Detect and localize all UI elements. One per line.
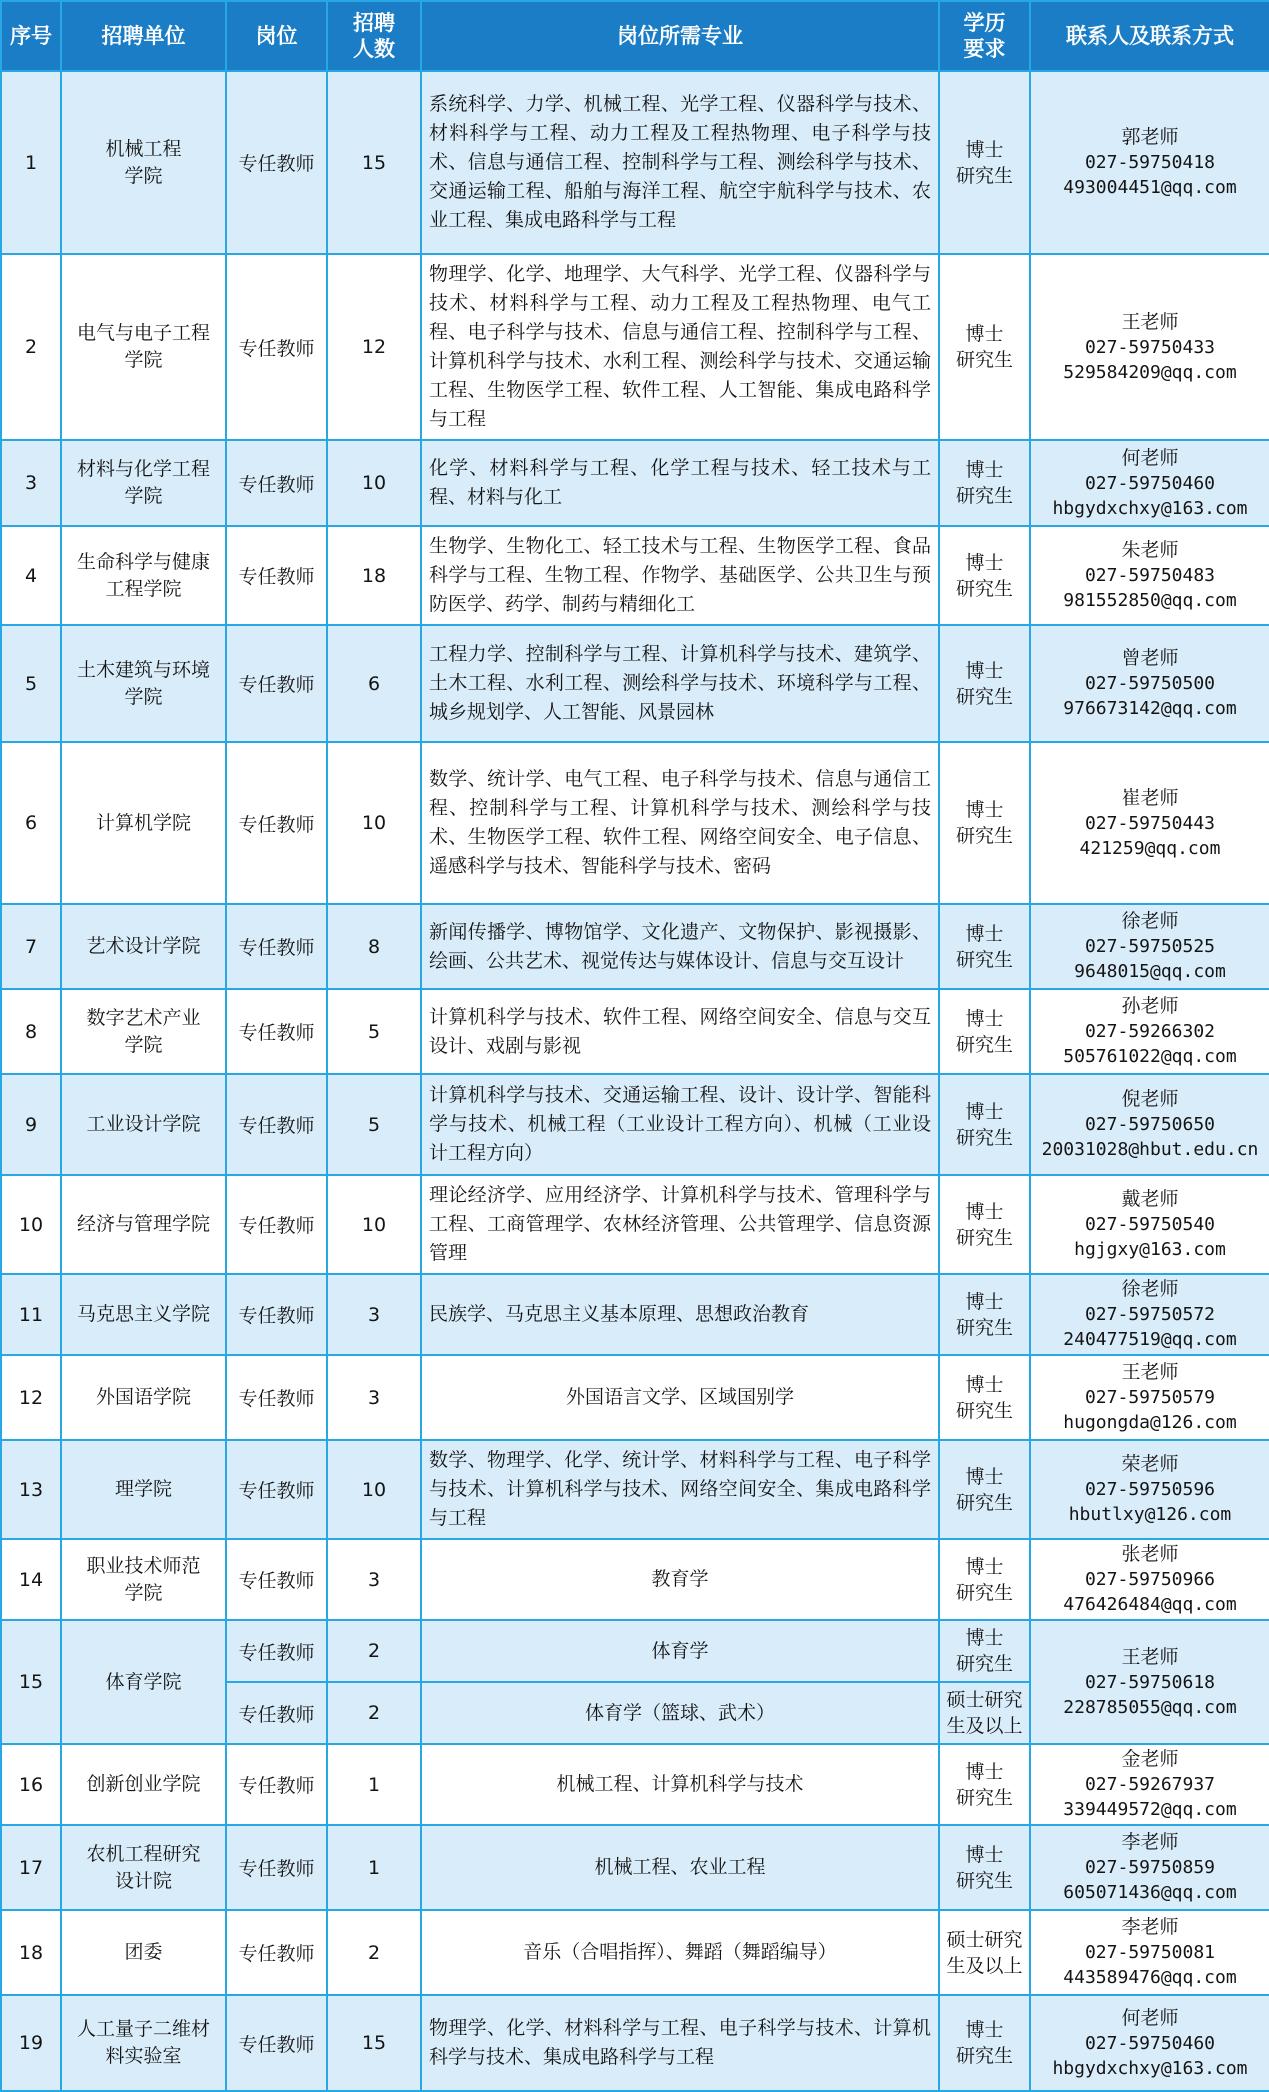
- contact-name: 金老师: [1033, 1747, 1267, 1772]
- cell-position: 专任教师: [226, 1440, 327, 1539]
- contact-name: 何老师: [1033, 2006, 1267, 2031]
- cell-contact: 徐老师027-597505259648015@qq.com: [1030, 904, 1269, 989]
- cell-index: 18: [1, 1910, 61, 1995]
- table-row: 2电气与电子工程 学院专任教师12物理学、化学、地理学、大气科学、光学工程、仪器…: [1, 254, 1269, 440]
- cell-index: 16: [1, 1744, 61, 1825]
- table-row: 11马克思主义学院专任教师3民族学、马克思主义基本原理、思想政治教育博士 研究生…: [1, 1274, 1269, 1355]
- table-row: 5土木建筑与环境 学院专任教师6工程力学、控制科学与工程、计算机科学与技术、建筑…: [1, 625, 1269, 742]
- cell-count: 3: [327, 1355, 421, 1440]
- cell-position: 专任教师: [226, 1620, 327, 1682]
- contact-name: 王老师: [1033, 1360, 1267, 1385]
- contact-phone: 027-59750433: [1033, 335, 1267, 360]
- contact-name: 徐老师: [1033, 909, 1267, 934]
- cell-majors: 机械工程、计算机科学与技术: [421, 1744, 939, 1825]
- cell-majors: 理论经济学、应用经济学、计算机科学与技术、管理科学与工程、工商管理学、农林经济管…: [421, 1175, 939, 1274]
- contact-email: 493004451@qq.com: [1033, 175, 1267, 200]
- cell-contact: 张老师027-59750966476426484@qq.com: [1030, 1539, 1269, 1620]
- cell-unit: 体育学院: [61, 1620, 226, 1744]
- contact-phone: 027-59266302: [1033, 1019, 1267, 1044]
- header-position: 岗位: [226, 1, 327, 71]
- cell-position: 专任教师: [226, 1274, 327, 1355]
- cell-majors: 民族学、马克思主义基本原理、思想政治教育: [421, 1274, 939, 1355]
- cell-position: 专任教师: [226, 989, 327, 1074]
- cell-degree: 博士 研究生: [939, 1274, 1030, 1355]
- cell-position: 专任教师: [226, 1682, 327, 1744]
- table-row: 4生命科学与健康 工程学院专任教师18生物学、生物化工、轻工技术与工程、生物医学…: [1, 526, 1269, 625]
- contact-name: 王老师: [1033, 310, 1267, 335]
- contact-phone: 027-59750460: [1033, 2031, 1267, 2056]
- cell-index: 3: [1, 440, 61, 526]
- cell-degree: 博士 研究生: [939, 254, 1030, 440]
- cell-unit: 农机工程研究 设计院: [61, 1825, 226, 1910]
- cell-index: 17: [1, 1825, 61, 1910]
- cell-unit: 理学院: [61, 1440, 226, 1539]
- recruitment-table: 序号 招聘单位 岗位 招聘 人数 岗位所需专业 学历 要求 联系人及联系方式 1…: [0, 0, 1269, 2092]
- cell-contact: 朱老师027-59750483981552850@qq.com: [1030, 526, 1269, 625]
- cell-unit: 机械工程 学院: [61, 71, 226, 254]
- cell-degree: 博士 研究生: [939, 1995, 1030, 2091]
- table-row: 12外国语学院专任教师3外国语言文学、区域国别学博士 研究生王老师027-597…: [1, 1355, 1269, 1440]
- cell-majors: 物理学、化学、地理学、大气科学、光学工程、仪器科学与技术、材料科学与工程、动力工…: [421, 254, 939, 440]
- cell-position: 专任教师: [226, 254, 327, 440]
- contact-name: 曾老师: [1033, 646, 1267, 671]
- cell-count: 10: [327, 1440, 421, 1539]
- contact-email: 605071436@qq.com: [1033, 1880, 1267, 1905]
- cell-contact: 王老师027-59750433529584209@qq.com: [1030, 254, 1269, 440]
- cell-index: 4: [1, 526, 61, 625]
- cell-degree: 博士 研究生: [939, 440, 1030, 526]
- cell-index: 5: [1, 625, 61, 742]
- cell-contact: 何老师027-59750460hbgydxchxy@163.com: [1030, 1995, 1269, 2091]
- cell-index: 13: [1, 1440, 61, 1539]
- cell-position: 专任教师: [226, 1825, 327, 1910]
- table-row: 10经济与管理学院专任教师10理论经济学、应用经济学、计算机科学与技术、管理科学…: [1, 1175, 1269, 1274]
- contact-name: 荣老师: [1033, 1452, 1267, 1477]
- cell-unit: 生命科学与健康 工程学院: [61, 526, 226, 625]
- table-row: 18团委专任教师2音乐（合唱指挥）、舞蹈（舞蹈编导）硕士研究 生及以上李老师02…: [1, 1910, 1269, 1995]
- table-row: 3材料与化学工程 学院专任教师10化学、材料科学与工程、化学工程与技术、轻工技术…: [1, 440, 1269, 526]
- cell-degree: 博士 研究生: [939, 1620, 1030, 1682]
- table-row: 15体育学院专任教师2体育学博士 研究生王老师027-5975061822878…: [1, 1620, 1269, 1682]
- contact-email: 981552850@qq.com: [1033, 588, 1267, 613]
- table-row: 14职业技术师范 学院专任教师3教育学博士 研究生张老师027-59750966…: [1, 1539, 1269, 1620]
- contact-name: 朱老师: [1033, 538, 1267, 563]
- cell-index: 19: [1, 1995, 61, 2091]
- cell-contact: 李老师027-59750859605071436@qq.com: [1030, 1825, 1269, 1910]
- cell-position: 专任教师: [226, 440, 327, 526]
- contact-email: 505761022@qq.com: [1033, 1044, 1267, 1069]
- cell-unit: 电气与电子工程 学院: [61, 254, 226, 440]
- header-degree: 学历 要求: [939, 1, 1030, 71]
- cell-index: 2: [1, 254, 61, 440]
- contact-email: 339449572@qq.com: [1033, 1797, 1267, 1822]
- cell-count: 2: [327, 1910, 421, 1995]
- cell-position: 专任教师: [226, 526, 327, 625]
- cell-position: 专任教师: [226, 625, 327, 742]
- cell-majors: 机械工程、农业工程: [421, 1825, 939, 1910]
- cell-contact: 徐老师027-59750572240477519@qq.com: [1030, 1274, 1269, 1355]
- cell-contact: 金老师027-59267937339449572@qq.com: [1030, 1744, 1269, 1825]
- contact-phone: 027-59750618: [1033, 1670, 1267, 1695]
- cell-contact: 倪老师027-5975065020031028@hbut.edu.cn: [1030, 1074, 1269, 1175]
- cell-degree: 博士 研究生: [939, 1355, 1030, 1440]
- cell-position: 专任教师: [226, 1355, 327, 1440]
- contact-name: 倪老师: [1033, 1087, 1267, 1112]
- contact-email: 443589476@qq.com: [1033, 1965, 1267, 1990]
- cell-degree: 博士 研究生: [939, 625, 1030, 742]
- cell-index: 9: [1, 1074, 61, 1175]
- cell-index: 11: [1, 1274, 61, 1355]
- cell-degree: 博士 研究生: [939, 1175, 1030, 1274]
- cell-degree: 硕士研究 生及以上: [939, 1682, 1030, 1744]
- cell-position: 专任教师: [226, 1910, 327, 1995]
- header-contact: 联系人及联系方式: [1030, 1, 1269, 71]
- contact-email: 20031028@hbut.edu.cn: [1033, 1137, 1267, 1162]
- contact-name: 崔老师: [1033, 786, 1267, 811]
- cell-unit: 工业设计学院: [61, 1074, 226, 1175]
- contact-email: 529584209@qq.com: [1033, 360, 1267, 385]
- table-row: 16创新创业学院专任教师1机械工程、计算机科学与技术博士 研究生金老师027-5…: [1, 1744, 1269, 1825]
- cell-majors: 物理学、化学、材料科学与工程、电子科学与技术、计算机科学与技术、集成电路科学与工…: [421, 1995, 939, 2091]
- cell-position: 专任教师: [226, 742, 327, 904]
- contact-phone: 027-59750418: [1033, 150, 1267, 175]
- cell-unit: 创新创业学院: [61, 1744, 226, 1825]
- cell-index: 15: [1, 1620, 61, 1744]
- contact-phone: 027-59750081: [1033, 1940, 1267, 1965]
- cell-position: 专任教师: [226, 1175, 327, 1274]
- cell-position: 专任教师: [226, 1539, 327, 1620]
- contact-phone: 027-59750572: [1033, 1302, 1267, 1327]
- cell-contact: 王老师027-59750618228785055@qq.com: [1030, 1620, 1269, 1744]
- cell-unit: 职业技术师范 学院: [61, 1539, 226, 1620]
- contact-phone: 027-59750460: [1033, 471, 1267, 496]
- cell-unit: 经济与管理学院: [61, 1175, 226, 1274]
- cell-degree: 硕士研究 生及以上: [939, 1910, 1030, 1995]
- contact-email: 228785055@qq.com: [1033, 1695, 1267, 1720]
- cell-majors: 工程力学、控制科学与工程、计算机科学与技术、建筑学、土木工程、水利工程、测绘科学…: [421, 625, 939, 742]
- contact-email: hbgydxchxy@163.com: [1033, 496, 1267, 521]
- cell-contact: 崔老师027-59750443421259@qq.com: [1030, 742, 1269, 904]
- contact-name: 戴老师: [1033, 1187, 1267, 1212]
- cell-count: 8: [327, 904, 421, 989]
- cell-degree: 博士 研究生: [939, 1074, 1030, 1175]
- cell-count: 18: [327, 526, 421, 625]
- cell-degree: 博士 研究生: [939, 1539, 1030, 1620]
- cell-unit: 外国语学院: [61, 1355, 226, 1440]
- contact-email: 421259@qq.com: [1033, 836, 1267, 861]
- contact-phone: 027-59267937: [1033, 1772, 1267, 1797]
- cell-count: 10: [327, 440, 421, 526]
- cell-majors: 音乐（合唱指挥）、舞蹈（舞蹈编导）: [421, 1910, 939, 1995]
- contact-phone: 027-59750500: [1033, 671, 1267, 696]
- contact-name: 王老师: [1033, 1645, 1267, 1670]
- cell-majors: 计算机科学与技术、交通运输工程、设计、设计学、智能科学与技术、机械工程（工业设计…: [421, 1074, 939, 1175]
- cell-index: 1: [1, 71, 61, 254]
- cell-unit: 艺术设计学院: [61, 904, 226, 989]
- cell-count: 6: [327, 625, 421, 742]
- cell-contact: 孙老师027-59266302505761022@qq.com: [1030, 989, 1269, 1074]
- cell-degree: 博士 研究生: [939, 71, 1030, 254]
- recruitment-page: 序号 招聘单位 岗位 招聘 人数 岗位所需专业 学历 要求 联系人及联系方式 1…: [0, 0, 1269, 2092]
- cell-count: 2: [327, 1682, 421, 1744]
- cell-count: 15: [327, 1995, 421, 2091]
- contact-name: 郭老师: [1033, 125, 1267, 150]
- contact-email: 476426484@qq.com: [1033, 1592, 1267, 1617]
- cell-majors: 数学、统计学、电气工程、电子科学与技术、信息与通信工程、控制科学与工程、计算机科…: [421, 742, 939, 904]
- cell-unit: 马克思主义学院: [61, 1274, 226, 1355]
- cell-count: 10: [327, 1175, 421, 1274]
- cell-degree: 博士 研究生: [939, 904, 1030, 989]
- contact-phone: 027-59750859: [1033, 1855, 1267, 1880]
- cell-majors: 体育学: [421, 1620, 939, 1682]
- cell-index: 14: [1, 1539, 61, 1620]
- table-row: 19人工量子二维材 料实验室专任教师15物理学、化学、材料科学与工程、电子科学与…: [1, 1995, 1269, 2091]
- contact-email: hugongda@126.com: [1033, 1410, 1267, 1435]
- contact-name: 徐老师: [1033, 1277, 1267, 1302]
- table-row: 7艺术设计学院专任教师8新闻传播学、博物馆学、文化遗产、文物保护、影视摄影、绘画…: [1, 904, 1269, 989]
- cell-majors: 外国语言文学、区域国别学: [421, 1355, 939, 1440]
- cell-majors: 新闻传播学、博物馆学、文化遗产、文物保护、影视摄影、绘画、公共艺术、视觉传达与媒…: [421, 904, 939, 989]
- contact-phone: 027-59750483: [1033, 563, 1267, 588]
- cell-majors: 教育学: [421, 1539, 939, 1620]
- cell-position: 专任教师: [226, 1074, 327, 1175]
- cell-degree: 博士 研究生: [939, 1744, 1030, 1825]
- table-header-row: 序号 招聘单位 岗位 招聘 人数 岗位所需专业 学历 要求 联系人及联系方式: [1, 1, 1269, 71]
- contact-email: 9648015@qq.com: [1033, 959, 1267, 984]
- cell-degree: 博士 研究生: [939, 1440, 1030, 1539]
- cell-count: 2: [327, 1620, 421, 1682]
- cell-position: 专任教师: [226, 1995, 327, 2091]
- cell-count: 3: [327, 1539, 421, 1620]
- cell-unit: 人工量子二维材 料实验室: [61, 1995, 226, 2091]
- cell-unit: 计算机学院: [61, 742, 226, 904]
- cell-position: 专任教师: [226, 71, 327, 254]
- table-row: 13理学院专任教师10数学、物理学、化学、统计学、材料科学与工程、电子科学与技术…: [1, 1440, 1269, 1539]
- cell-majors: 化学、材料科学与工程、化学工程与技术、轻工技术与工程、材料与化工: [421, 440, 939, 526]
- cell-degree: 博士 研究生: [939, 742, 1030, 904]
- cell-index: 10: [1, 1175, 61, 1274]
- contact-name: 孙老师: [1033, 994, 1267, 1019]
- cell-unit: 团委: [61, 1910, 226, 1995]
- cell-count: 1: [327, 1744, 421, 1825]
- table-row: 17农机工程研究 设计院专任教师1机械工程、农业工程博士 研究生李老师027-5…: [1, 1825, 1269, 1910]
- cell-count: 10: [327, 742, 421, 904]
- cell-majors: 计算机科学与技术、软件工程、网络空间安全、信息与交互设计、戏剧与影视: [421, 989, 939, 1074]
- table-body: 1机械工程 学院专任教师15系统科学、力学、机械工程、光学工程、仪器科学与技术、…: [1, 71, 1269, 2091]
- contact-email: 240477519@qq.com: [1033, 1327, 1267, 1352]
- table-row: 6计算机学院专任教师10数学、统计学、电气工程、电子科学与技术、信息与通信工程、…: [1, 742, 1269, 904]
- cell-count: 5: [327, 989, 421, 1074]
- cell-majors: 体育学（篮球、武术）: [421, 1682, 939, 1744]
- contact-email: 976673142@qq.com: [1033, 696, 1267, 721]
- table-header: 序号 招聘单位 岗位 招聘 人数 岗位所需专业 学历 要求 联系人及联系方式: [1, 1, 1269, 71]
- contact-email: hgjgxy@163.com: [1033, 1237, 1267, 1262]
- header-count: 招聘 人数: [327, 1, 421, 71]
- contact-name: 李老师: [1033, 1830, 1267, 1855]
- contact-phone: 027-59750650: [1033, 1112, 1267, 1137]
- contact-name: 张老师: [1033, 1542, 1267, 1567]
- header-index: 序号: [1, 1, 61, 71]
- cell-degree: 博士 研究生: [939, 989, 1030, 1074]
- contact-name: 李老师: [1033, 1915, 1267, 1940]
- cell-contact: 郭老师027-59750418493004451@qq.com: [1030, 71, 1269, 254]
- contact-name: 何老师: [1033, 446, 1267, 471]
- cell-majors: 数学、物理学、化学、统计学、材料科学与工程、电子科学与技术、计算机科学与技术、网…: [421, 1440, 939, 1539]
- contact-phone: 027-59750579: [1033, 1385, 1267, 1410]
- cell-index: 6: [1, 742, 61, 904]
- cell-contact: 荣老师027-59750596hbutlxy@126.com: [1030, 1440, 1269, 1539]
- cell-unit: 数字艺术产业 学院: [61, 989, 226, 1074]
- cell-majors: 生物学、生物化工、轻工技术与工程、生物医学工程、食品科学与工程、生物工程、作物学…: [421, 526, 939, 625]
- cell-degree: 博士 研究生: [939, 1825, 1030, 1910]
- table-row: 8数字艺术产业 学院专任教师5计算机科学与技术、软件工程、网络空间安全、信息与交…: [1, 989, 1269, 1074]
- contact-phone: 027-59750540: [1033, 1212, 1267, 1237]
- contact-phone: 027-59750525: [1033, 934, 1267, 959]
- header-majors: 岗位所需专业: [421, 1, 939, 71]
- cell-unit: 土木建筑与环境 学院: [61, 625, 226, 742]
- cell-index: 8: [1, 989, 61, 1074]
- cell-majors: 系统科学、力学、机械工程、光学工程、仪器科学与技术、材料科学与工程、动力工程及工…: [421, 71, 939, 254]
- contact-phone: 027-59750966: [1033, 1567, 1267, 1592]
- table-row: 1机械工程 学院专任教师15系统科学、力学、机械工程、光学工程、仪器科学与技术、…: [1, 71, 1269, 254]
- cell-index: 12: [1, 1355, 61, 1440]
- table-row: 9工业设计学院专任教师5计算机科学与技术、交通运输工程、设计、设计学、智能科学与…: [1, 1074, 1269, 1175]
- cell-count: 1: [327, 1825, 421, 1910]
- contact-phone: 027-59750596: [1033, 1477, 1267, 1502]
- contact-email: hbutlxy@126.com: [1033, 1502, 1267, 1527]
- cell-contact: 戴老师027-59750540hgjgxy@163.com: [1030, 1175, 1269, 1274]
- cell-count: 3: [327, 1274, 421, 1355]
- contact-email: hbgydxchxy@163.com: [1033, 2056, 1267, 2081]
- cell-contact: 王老师027-59750579hugongda@126.com: [1030, 1355, 1269, 1440]
- cell-contact: 曾老师027-59750500976673142@qq.com: [1030, 625, 1269, 742]
- cell-count: 15: [327, 71, 421, 254]
- cell-position: 专任教师: [226, 904, 327, 989]
- cell-degree: 博士 研究生: [939, 526, 1030, 625]
- cell-position: 专任教师: [226, 1744, 327, 1825]
- cell-unit: 材料与化学工程 学院: [61, 440, 226, 526]
- cell-index: 7: [1, 904, 61, 989]
- contact-phone: 027-59750443: [1033, 811, 1267, 836]
- cell-contact: 李老师027-59750081443589476@qq.com: [1030, 1910, 1269, 1995]
- cell-count: 12: [327, 254, 421, 440]
- cell-count: 5: [327, 1074, 421, 1175]
- header-unit: 招聘单位: [61, 1, 226, 71]
- cell-contact: 何老师027-59750460hbgydxchxy@163.com: [1030, 440, 1269, 526]
